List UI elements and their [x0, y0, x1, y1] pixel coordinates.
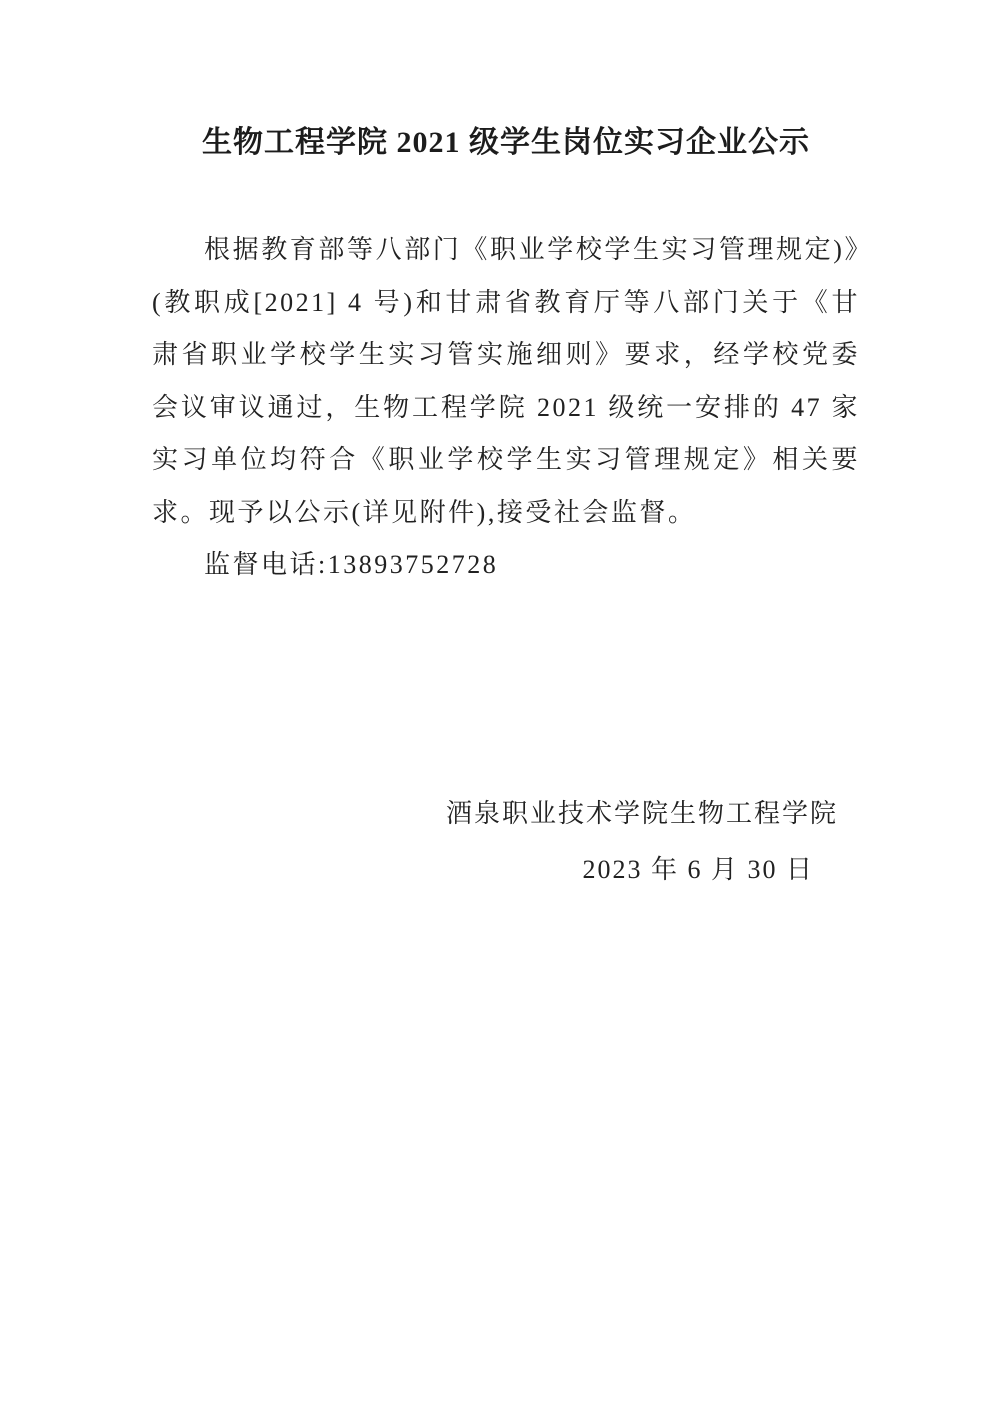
signature-block: 酒泉职业技术学院生物工程学院 2023 年 6 月 30 日 — [152, 797, 860, 887]
body-paragraph: 根据教育部等八部门《职业学校学生实习管理规定)》(教职成[2021] 4 号)和… — [152, 224, 860, 539]
document-page: 生物工程学院 2021 级学生岗位实习企业公示 根据教育部等八部门《职业学校学生… — [0, 0, 1000, 1414]
document-title: 生物工程学院 2021 级学生岗位实习企业公示 — [152, 122, 860, 164]
signature-organization: 酒泉职业技术学院生物工程学院 — [152, 797, 860, 831]
supervision-phone-line: 监督电话:13893752728 — [152, 539, 860, 592]
signature-date: 2023 年 6 月 30 日 — [152, 853, 860, 887]
document-body: 根据教育部等八部门《职业学校学生实习管理规定)》(教职成[2021] 4 号)和… — [152, 224, 860, 592]
